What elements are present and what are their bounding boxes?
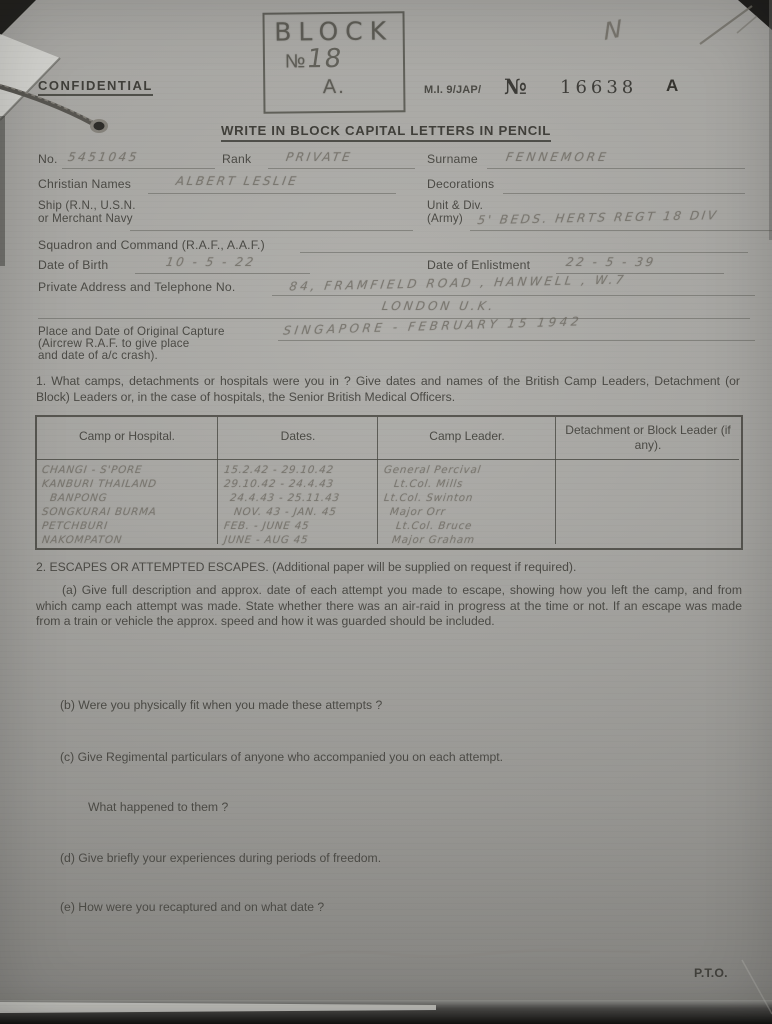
field-rank-value: PRIVATE [285, 150, 353, 164]
field-surname-label: Surname [427, 152, 478, 166]
corner-shadow-top-right [738, 0, 772, 30]
field-surname-value: FENNEMORE [505, 150, 610, 164]
field-enlistment-value: 22 - 5 - 39 [565, 255, 657, 269]
field-no-value: 5451045 [67, 150, 140, 164]
scanned-form-photo: CONFIDENTIAL BLOCK №18 A. M.I. 9/JAP/ № … [0, 0, 772, 1024]
stamp-letter: A. [265, 75, 403, 99]
show-through-smudge [300, 950, 650, 957]
field-address-label: Private Address and Telephone No. [38, 280, 235, 294]
section-2-heading: 2. ESCAPES OR ATTEMPTED ESCAPES. (Additi… [36, 560, 740, 576]
file-reference-number: 16638 [560, 77, 637, 98]
pencil-stroke [700, 6, 752, 44]
camp-table-header-dates: Dates. [221, 429, 375, 444]
field-dob-value: 10 - 5 - 22 [165, 255, 257, 269]
field-christian-names-value: ALBERT LESLIE [175, 174, 300, 188]
stamp-no-symbol: № [285, 51, 308, 72]
pto-marking: P.T.O. [694, 966, 728, 980]
field-unit-label-line2: (Army) [427, 213, 463, 226]
field-address-value-line2: LONDON U.K. [381, 299, 497, 313]
section-2a-text: (a) Give full description and approx. da… [36, 583, 742, 630]
field-rank-label: Rank [222, 152, 251, 166]
form-instruction-title: WRITE IN BLOCK CAPITAL LETTERS IN PENCIL [0, 122, 772, 142]
field-unit-label-line1: Unit & Div. [427, 200, 483, 213]
pencil-check-mark: N [603, 14, 625, 46]
field-squadron-label: Squadron and Command (R.A.F., A.A.F.) [38, 238, 265, 252]
file-reference-no-symbol: № [504, 74, 527, 99]
field-decorations-label: Decorations [427, 177, 494, 191]
question-2c: (c) Give Regimental particulars of anyon… [60, 750, 710, 766]
camp-table-header-camp: Camp or Hospital. [39, 429, 215, 444]
field-enlistment-label: Date of Enlistment [427, 258, 530, 272]
field-christian-names-label: Christian Names [38, 177, 131, 191]
file-reference-suffix: A [666, 76, 678, 96]
question-1-text: 1. What camps, detachments or hospitals … [36, 374, 740, 405]
camp-table-cell-dates: 15.2.42 - 29.10.42 29.10.42 - 24.4.43 24… [224, 463, 374, 547]
confidential-marking: CONFIDENTIAL [38, 78, 153, 96]
question-2e: (e) How were you recaptured and on what … [60, 900, 710, 916]
question-2d: (d) Give briefly your experiences during… [60, 851, 710, 867]
folded-corner-paper [0, 34, 60, 120]
question-2c-followup: What happened to them ? [88, 800, 688, 816]
stamp-word: BLOCK [265, 16, 403, 46]
field-dob-label: Date of Birth [38, 258, 108, 272]
field-ship-label-line2: or Merchant Navy [38, 213, 133, 226]
camp-table-header-detachment: Detachment or Block Leader (if any). [559, 423, 737, 452]
camp-table-header-leader: Camp Leader. [381, 429, 553, 444]
block-number-stamp: BLOCK №18 A. [262, 11, 405, 113]
camp-table-cell-camp: CHANGI - S'PORE KANBURI THAILAND BANPONG… [42, 463, 214, 547]
question-2b: (b) Were you physically fit when you mad… [60, 698, 710, 714]
camp-table-cell-leader: General Percival Lt.Col. Mills Lt.Col. S… [384, 463, 552, 547]
field-ship-label-line1: Ship (R.N., U.S.N. [38, 200, 136, 213]
file-reference-series: M.I. 9/JAP/ [424, 84, 481, 96]
torn-corner-shadow [0, 0, 36, 36]
field-capture-label-line3: and date of a/c crash). [38, 350, 158, 363]
field-no-label: No. [38, 152, 58, 166]
stamp-number: 18 [305, 44, 345, 74]
